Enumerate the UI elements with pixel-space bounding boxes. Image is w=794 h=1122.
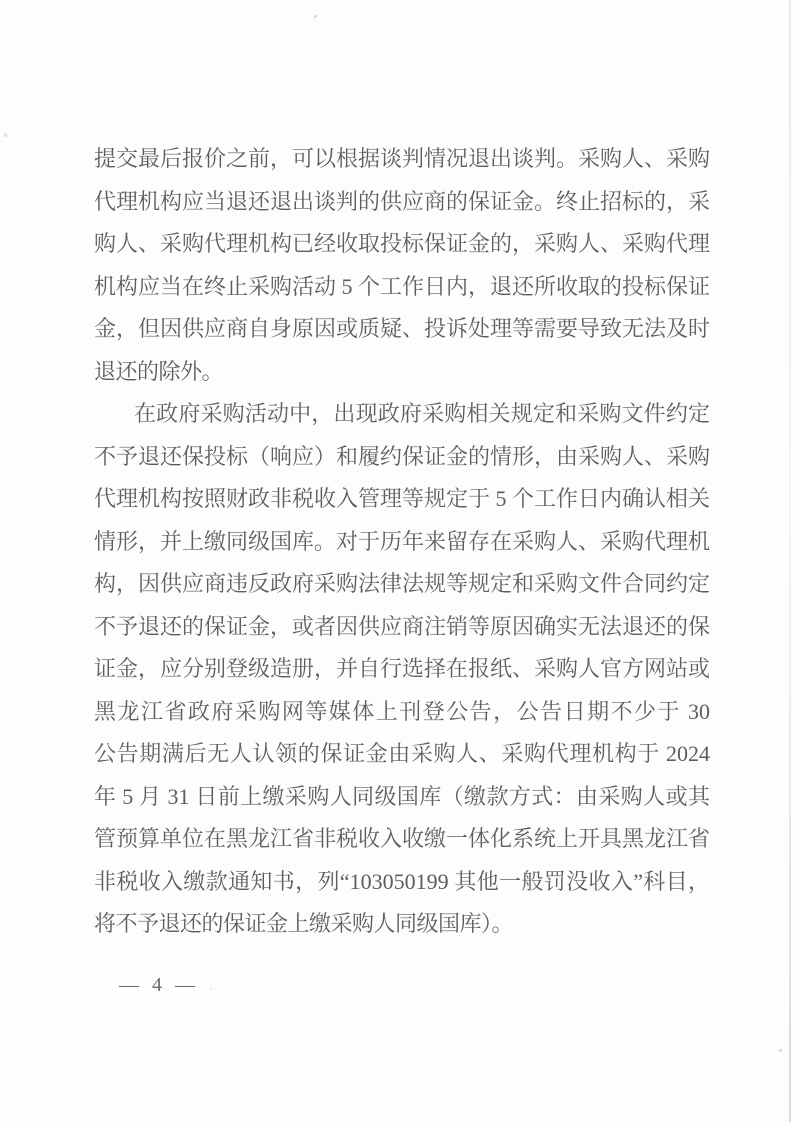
scan-speck [314, 15, 317, 18]
text-line: 将不予退还的保证金上缴采购人同级国库）。 [94, 903, 710, 946]
text-line: 年 5 月 31 日前上缴采购人同级国库（缴款方式：由采购人或其主 [94, 776, 710, 819]
text-line: 退还的除外。 [94, 351, 710, 394]
text-line: 不予退还的保证金，或者因供应商注销等原因确实无法退还的保 [94, 606, 710, 649]
scan-edge-artifact [789, 0, 791, 1122]
text-line: 机构应当在终止采购活动 5 个工作日内，退还所收取的投标保证 [94, 266, 710, 309]
scan-speck [779, 1049, 782, 1052]
text-line: 黑龙江省政府采购网等媒体上刊登公告，公告日期不少于 30 日， [94, 691, 710, 734]
text-line: 代理机构按照财政非税收入管理等规定于 5 个工作日内确认相关 [94, 478, 710, 521]
text-line: 情形，并上缴同级国库。对于历年来留存在采购人、采购代理机 [94, 521, 710, 564]
text-line: 证金，应分别登级造册，并自行选择在报纸、采购人官方网站或 [94, 648, 710, 691]
text-line: 不予退还保投标（响应）和履约保证金的情形，由采购人、采购 [94, 436, 710, 479]
text-line: 购人、采购代理机构已经收取投标保证金的，采购人、采购代理 [94, 223, 710, 266]
page-number: — 4 — [119, 974, 199, 997]
text-line: 管预算单位在黑龙江省非税收入收缴一体化系统上开具黑龙江省 [94, 818, 710, 861]
scanned-document-page: 提交最后报价之前，可以根据谈判情况退出谈判。采购人、采购代理机构应当退还退出谈判… [0, 0, 794, 1122]
body-text-block: 提交最后报价之前，可以根据谈判情况退出谈判。采购人、采购代理机构应当退还退出谈判… [94, 138, 710, 946]
text-line: 在政府采购活动中，出现政府采购相关规定和采购文件约定 [94, 393, 710, 436]
text-line: 提交最后报价之前，可以根据谈判情况退出谈判。采购人、采购 [94, 138, 710, 181]
text-line: 非税收入缴款通知书，列“103050199 其他一般罚没收入”科目， [94, 861, 710, 904]
text-line: 金，但因供应商自身原因或质疑、投诉处理等需要导致无法及时 [94, 308, 710, 351]
scan-speck [210, 988, 212, 990]
text-line: 公告期满后无人认领的保证金由采购人、采购代理机构于 2024 [94, 733, 710, 776]
text-line: 构，因供应商违反政府采购法律法规等规定和采购文件合同约定 [94, 563, 710, 606]
text-line: 代理机构应当退还退出谈判的供应商的保证金。终止招标的，采 [94, 181, 710, 224]
scan-speck [4, 133, 7, 137]
